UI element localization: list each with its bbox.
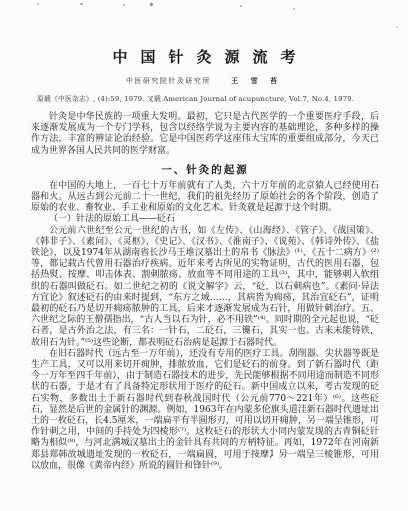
scan-speck <box>37 3 39 5</box>
subheading-bianstone-tools: （一）针法的原始工具——砭石 <box>31 214 379 225</box>
affiliation-text: 中医研究院针灸研究所 <box>126 77 211 85</box>
section-heading-origin: 一、针灸的起源 <box>31 162 379 177</box>
scan-speck <box>150 3 153 6</box>
byline: 中医研究院针灸研究所 王 雪 苔 <box>0 76 408 86</box>
scan-speck <box>396 26 398 28</box>
author-name: 王 雪 苔 <box>231 76 282 85</box>
origin-paragraph: 在中国的大地上，一百七十万年前就有了人类，六十万年前的北京猿人已经使用石器和火。… <box>31 181 379 215</box>
page-number: · 1 · <box>256 449 292 459</box>
scan-speck <box>80 3 83 5</box>
scan-speck <box>293 8 295 10</box>
bianstone-paragraph-2: 在旧石器时代（远古至一万年前），还没有专用的医疗工具。刮削器、尖状器等既是生产工… <box>31 349 379 472</box>
scan-speck <box>240 5 242 7</box>
article-body: 针灸是中华民族的一项重大发明。最初，它只是古代医学的一个重要医疗手段，后来逐渐发… <box>31 112 379 472</box>
document-page: 中国针灸源流考 中医研究院针灸研究所 王 雪 苔 原载《中医杂志》, (4):5… <box>0 0 408 511</box>
scan-speck <box>123 4 125 6</box>
page-title: 中国针灸源流考 <box>0 46 408 67</box>
bianstone-paragraph-1: 公元前六世纪至公元一世纪的古书，如《左传》、《山海经》、《管子》、《战国策》、《… <box>31 226 379 349</box>
citation-line: 原载《中医杂志》, (4):59, 1979. 又载 American Jour… <box>37 93 380 103</box>
intro-paragraph: 针灸是中华民族的一项重大发明。最初，它只是古代医学的一个重要医疗手段，后来逐渐发… <box>31 112 379 157</box>
